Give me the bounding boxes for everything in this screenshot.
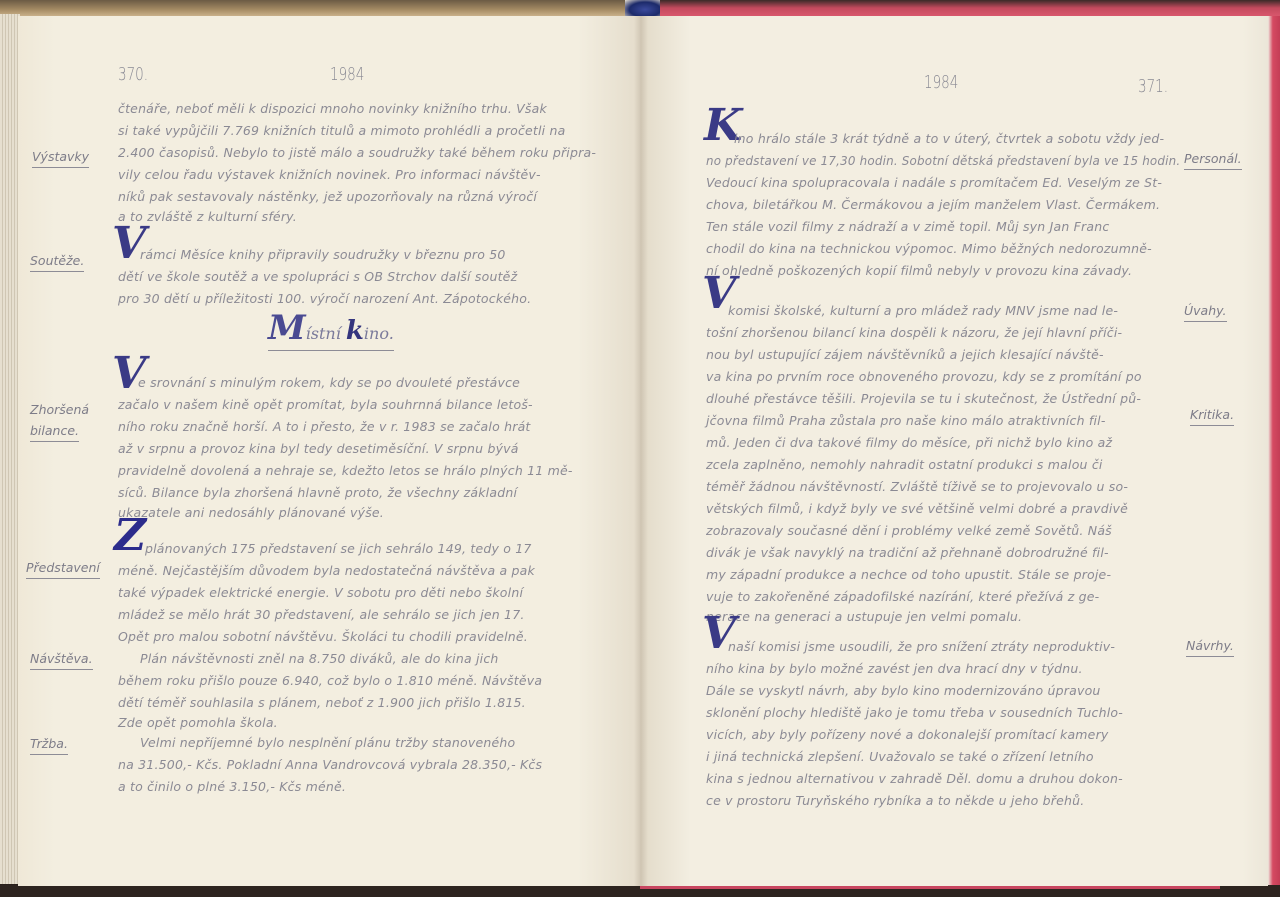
text-line: 2.400 časopisů. Nebylo to jistě málo a s… [118,142,596,164]
heading-text-2: ino. [364,324,394,343]
text-line: nou byl ustupující zájem návštěvníků a j… [706,344,1104,366]
margin-note-uvahy: Úvahy. [1184,302,1227,322]
text-line: chodil do kina na technickou výpomoc. Mi… [706,238,1152,260]
text-line: Dále se vyskytl návrh, aby bylo kino mod… [706,680,1101,702]
text-line: během roku přišlo pouze 6.940, což bylo … [118,670,542,692]
bookmark-ribbon [625,0,665,16]
left-page-number: 370. [118,64,148,85]
text-line: méně. Nejčastějším důvodem byla nedostat… [118,560,535,582]
text-line: vuje to zakořeněné západofilské nazírání… [706,586,1099,608]
text-line: sklonění plochy hlediště jako je tomu tř… [706,702,1123,724]
text-line: téměř žádnou návštěvností. Zvláště tíživ… [706,476,1128,498]
text-line: až v srpnu a provoz kina byl tedy deseti… [118,438,519,460]
text-line: i jiná technická zlepšení. Uvažovalo se … [706,746,1094,768]
text-line: si také vypůjčili 7.769 knižních titulů … [118,120,566,142]
open-chronicle-book: 370. 1984 Výstavky Soutěže. Zhoršená bil… [0,0,1280,897]
text-line: mládež se mělo hrát 30 představení, ale … [118,604,525,626]
margin-note-predstaveni: Představení [26,559,100,579]
text-line: vily celou řadu výstavek knižních novine… [118,164,541,186]
text-line: na 31.500,- Kčs. Pokladní Anna Vandrovco… [118,754,542,776]
right-page-number: 371. [1138,76,1168,97]
text-line: my západní produkce a nechce od toho upu… [706,564,1111,586]
heading-cap-k: k [346,316,364,346]
margin-note-personal: Personál. [1184,150,1242,170]
text-line: divák je však navyklý na tradiční až pře… [706,542,1109,564]
initial-letter-z: Z [114,514,146,558]
text-line: dětí ve škole soutěž a ve spolupráci s O… [118,266,517,288]
red-cover-top-edge [660,0,1280,16]
margin-note-trzba: Tržba. [30,735,68,755]
text-line: začalo v našem kině opět promítat, byla … [118,394,533,416]
text-line: dětí téměř souhlasila s plánem, neboť z … [118,692,526,714]
text-line: zobrazovaly současné dění i problémy vel… [706,520,1112,542]
text-line: čtenáře, neboť měli k dispozici mnoho no… [118,98,547,120]
text-line: Velmi nepříjemné bylo nesplnění plánu tr… [140,732,515,754]
margin-note-zhorsena: Zhoršená [30,401,89,420]
margin-note-bilance: bilance. [30,422,79,442]
text-line: Vedoucí kina spolupracovala i nadále s p… [706,172,1162,194]
page-stack-left-edge [0,14,20,884]
text-line: chova, biletářkou M. Čermákovou a jejím … [706,194,1160,216]
page-block-top-edge [0,0,625,16]
text-line: ního kina by bylo možné zavést jen dva h… [706,658,1083,680]
book-gutter [634,16,648,886]
text-line: plánovaných 175 představení se jich sehr… [145,538,532,560]
text-line: níků pak sestavovaly nástěnky, jež upozo… [118,186,537,208]
margin-note-kritika: Kritika. [1190,406,1234,426]
text-line: e srovnání s minulým rokem, kdy se po dv… [138,372,520,394]
text-line: ce v prostoru Turyňského rybníka a to ně… [706,790,1084,812]
heading-text-1: ístní [306,324,346,343]
text-line: tošní zhoršenou bilancí kina dospěli k n… [706,322,1122,344]
red-cover-right-edge [1268,16,1280,897]
section-heading-mistni-kino: Místní kino. [268,308,394,351]
text-line: nerace na generaci a ustupuje jen velmi … [706,606,1022,628]
right-page-year: 1984 [924,72,958,93]
text-line: ukazatele ani nedosáhly plánované výše. [118,502,384,524]
heading-cap-m: M [268,308,306,348]
text-line: ino hrálo stále 3 krát týdně a to v úter… [734,128,1164,150]
text-line: dlouhé přestávce těšili. Projevila se tu… [706,388,1141,410]
text-line: Plán návštěvnosti zněl na 8.750 diváků, … [140,648,499,670]
margin-note-navsteva: Návštěva. [30,650,93,670]
margin-note-souteze: Soutěže. [30,252,84,272]
text-line: no představení ve 17,30 hodin. Sobotní d… [706,150,1180,172]
text-line: komisi školské, kulturní a pro mládež ra… [728,300,1118,322]
text-line: Zde opět pomohla škola. [118,712,278,734]
text-line: mů. Jeden či dva takové filmy do měsíce,… [706,432,1112,454]
text-line: jčovna filmů Praha zůstala pro naše kino… [706,410,1106,432]
text-line: pravidelně dovolená a nehraje se, kdežto… [118,460,573,482]
text-line: pro 30 dětí u příležitosti 100. výročí n… [118,288,531,310]
text-line: Ten stále vozil filmy z nádraží a v zimě… [706,216,1109,238]
margin-note-navrhy: Návrhy. [1186,637,1234,657]
text-line: naší komisi jsme usoudili, že pro snížen… [728,636,1115,658]
text-line: ní ohledně poškozených kopií filmů nebyl… [706,260,1132,282]
left-page-year: 1984 [330,64,364,85]
text-line: ního roku značně horší. A to i přesto, ž… [118,416,531,438]
text-line: větských filmů, i když byly ve své větši… [706,498,1128,520]
text-line: va kina po prvním roce obnoveného provoz… [706,366,1142,388]
text-line: síců. Bilance byla zhoršená hlavně proto… [118,482,517,504]
text-line: a to činilo o plné 3.150,- Kčs méně. [118,776,346,798]
text-line: zcela zaplněno, nemohly nahradit ostatní… [706,454,1103,476]
text-line: rámci Měsíce knihy připravily soudružky … [140,244,506,266]
text-line: také výpadek elektrické energie. V sobot… [118,582,523,604]
text-line: kina s jednou alternativou v zahradě Děl… [706,768,1123,790]
text-line: vicích, aby byly pořízeny nové a dokonal… [706,724,1109,746]
margin-note-vystavky: Výstavky [32,148,89,168]
text-line: Opět pro malou sobotní návštěvu. Školáci… [118,626,528,648]
